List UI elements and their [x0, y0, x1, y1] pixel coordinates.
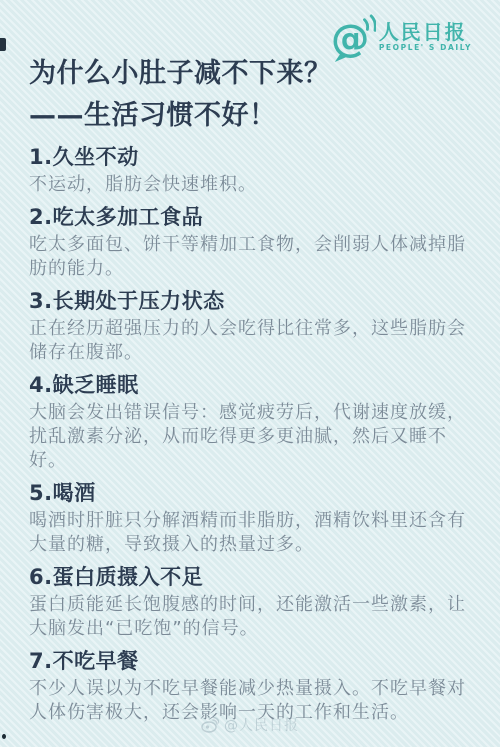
section-heading: 7.不吃早餐	[29, 649, 474, 674]
section-6: 6.蛋白质摄入不足 蛋白质能延长饱腹感的时间，还能激活一些激素，让大脑发出“已吃…	[29, 565, 474, 641]
section-body: 正在经历超强压力的人会吃得比往常多，这些脂肪会储存在腹部。	[29, 317, 474, 365]
weibo-icon	[201, 717, 219, 733]
section-body: 不运动，脂肪会快速堆积。	[29, 173, 474, 197]
section-7: 7.不吃早餐 不少人误以为不吃早餐能减少热量摄入。不吃早餐对人体伤害极大，还会影…	[29, 649, 474, 725]
watermark-text: @人民日报	[224, 715, 299, 735]
edge-artifact-top	[0, 38, 6, 51]
section-5: 5.喝酒 喝酒时肝脏只分解酒精而非脂肪，酒精饮料里还含有大量的糖，导致摄入的热量…	[29, 481, 474, 557]
logo-subtitle: PEOPLE' S DAILY	[379, 43, 472, 53]
section-2: 2.吃太多加工食品 吃太多面包、饼干等精加工食物，会削弱人体减掉脂肪的能力。	[29, 205, 474, 281]
section-heading: 3.长期处于压力状态	[29, 289, 474, 314]
weibo-watermark: @人民日报	[0, 715, 500, 735]
section-body: 吃太多面包、饼干等精加工食物，会削弱人体减掉脂肪的能力。	[29, 233, 474, 281]
section-body: 喝酒时肝脏只分解酒精而非脂肪，酒精饮料里还含有大量的糖，导致摄入的热量过多。	[29, 509, 474, 557]
svg-text:@: @	[331, 16, 369, 61]
section-1: 1.久坐不动 不运动，脂肪会快速堆积。	[29, 145, 474, 197]
section-heading: 5.喝酒	[29, 481, 474, 506]
section-3: 3.长期处于压力状态 正在经历超强压力的人会吃得比往常多，这些脂肪会储存在腹部。	[29, 289, 474, 365]
section-heading: 4.缺乏睡眠	[29, 373, 474, 398]
infographic-poster: @ 人民日报 PEOPLE' S DAILY 为什么小肚子减不下来？ ——生活习…	[0, 0, 500, 747]
section-heading: 6.蛋白质摄入不足	[29, 565, 474, 590]
peoples-daily-logo: @ 人民日报 PEOPLE' S DAILY	[330, 13, 472, 63]
section-heading: 2.吃太多加工食品	[29, 205, 474, 230]
logo-name: 人民日报	[379, 21, 472, 43]
section-heading: 1.久坐不动	[29, 145, 474, 170]
at-bubble-icon: @	[330, 13, 376, 63]
section-body: 大脑会发出错误信号：感觉疲劳后，代谢速度放缓，扰乱激素分泌，从而吃得更多更油腻，…	[29, 401, 474, 473]
section-4: 4.缺乏睡眠 大脑会发出错误信号：感觉疲劳后，代谢速度放缓，扰乱激素分泌，从而吃…	[29, 373, 474, 473]
title-line-2: ——生活习惯不好！	[29, 95, 474, 137]
section-body: 蛋白质能延长饱腹感的时间，还能激活一些激素，让大脑发出“已吃饱”的信号。	[29, 593, 474, 641]
edge-artifact-bottom	[2, 734, 6, 739]
